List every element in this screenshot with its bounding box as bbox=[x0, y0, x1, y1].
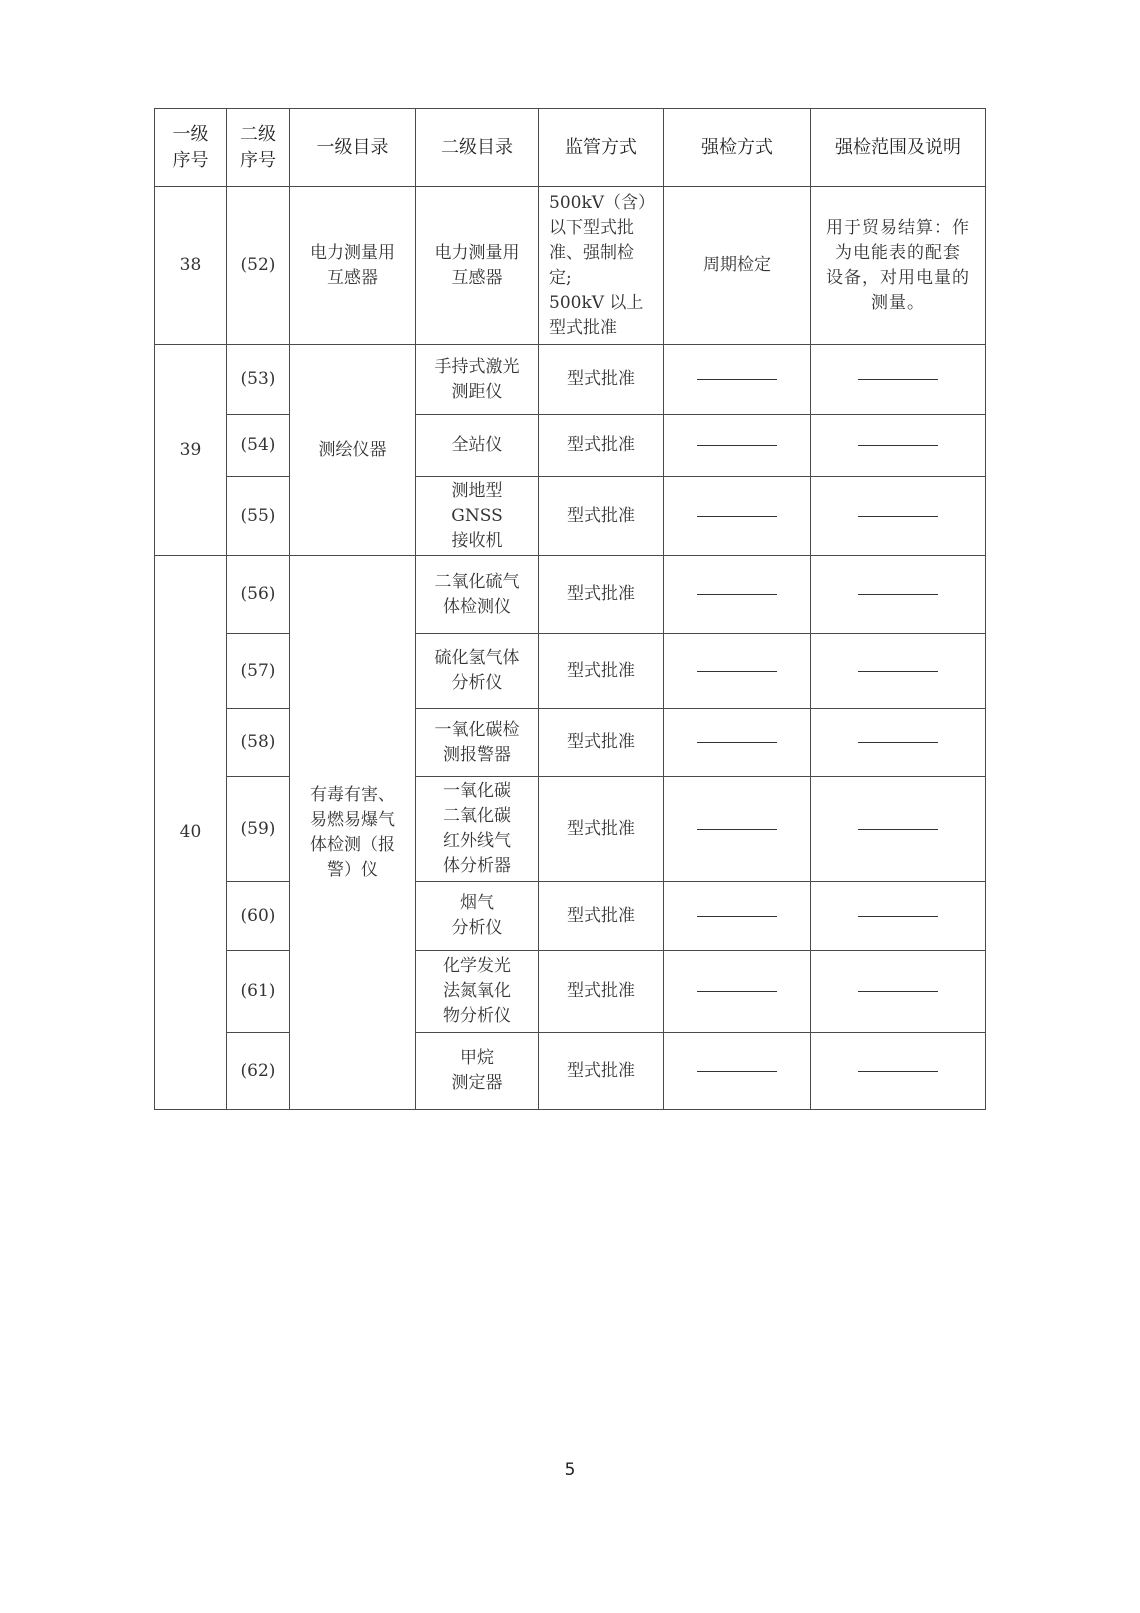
level1-no: 38 bbox=[155, 187, 227, 345]
table-row: (59) 一氧化碳 二氧化碳 红外线气 体分析器 型式批准 bbox=[155, 777, 986, 882]
scope-description: 用于贸易结算：作 为电能表的配套 设备，对用电量的 测量。 bbox=[811, 187, 986, 345]
dash-placeholder bbox=[858, 916, 938, 917]
inspection-method bbox=[664, 556, 811, 634]
table-row: (60) 烟气分析仪 型式批准 bbox=[155, 882, 986, 951]
level2-catalog: 一氧化碳检测报警器 bbox=[416, 709, 539, 777]
dash-placeholder bbox=[858, 991, 938, 992]
dash-placeholder bbox=[697, 594, 777, 595]
level2-no: (54) bbox=[227, 415, 290, 477]
supervision-method: 500kV（含） 以下型式批 准、强制检 定; 500kV 以上 型式批准 bbox=[539, 187, 664, 345]
page-number: 5 bbox=[0, 1460, 1140, 1480]
dash-placeholder bbox=[697, 379, 777, 380]
supervision-method: 型式批准 bbox=[539, 951, 664, 1033]
table-row: 40 (56) 有毒有害、 易燃易爆气 体检测（报 警）仪 二氧化硫气体检测仪 … bbox=[155, 556, 986, 634]
level2-catalog: 一氧化碳 二氧化碳 红外线气 体分析器 bbox=[416, 777, 539, 882]
scope-description bbox=[811, 345, 986, 415]
level1-no: 40 bbox=[155, 556, 227, 1110]
inspection-method bbox=[664, 882, 811, 951]
level2-no: (52) bbox=[227, 187, 290, 345]
header-supervision: 监管方式 bbox=[539, 109, 664, 187]
level2-catalog: 化学发光 法氮氧化 物分析仪 bbox=[416, 951, 539, 1033]
supervision-method: 型式批准 bbox=[539, 1033, 664, 1110]
level2-no: (53) bbox=[227, 345, 290, 415]
inspection-method bbox=[664, 709, 811, 777]
level2-catalog: 全站仪 bbox=[416, 415, 539, 477]
level2-catalog: 二氧化硫气体检测仪 bbox=[416, 556, 539, 634]
inspection-method bbox=[664, 477, 811, 556]
table-row: (62) 甲烷测定器 型式批准 bbox=[155, 1033, 986, 1110]
level2-catalog: 硫化氢气体分析仪 bbox=[416, 634, 539, 709]
level2-catalog: 烟气分析仪 bbox=[416, 882, 539, 951]
inspection-method bbox=[664, 634, 811, 709]
table-row: (58) 一氧化碳检测报警器 型式批准 bbox=[155, 709, 986, 777]
dash-placeholder bbox=[858, 594, 938, 595]
level1-no: 39 bbox=[155, 345, 227, 556]
dash-placeholder bbox=[858, 742, 938, 743]
dash-placeholder bbox=[858, 445, 938, 446]
scope-description bbox=[811, 634, 986, 709]
supervision-method: 型式批准 bbox=[539, 882, 664, 951]
level2-no: (56) bbox=[227, 556, 290, 634]
inspection-method bbox=[664, 951, 811, 1033]
header-level2-catalog: 二级目录 bbox=[416, 109, 539, 187]
supervision-method: 型式批准 bbox=[539, 777, 664, 882]
level1-catalog: 电力测量用互感器 bbox=[290, 187, 416, 345]
dash-placeholder bbox=[697, 742, 777, 743]
supervision-method: 型式批准 bbox=[539, 477, 664, 556]
measuring-instrument-catalog-table: 一级序号 二级序号 一级目录 二级目录 监管方式 强检方式 强检范围及说明 38… bbox=[154, 108, 986, 1110]
level2-catalog: 手持式激光测距仪 bbox=[416, 345, 539, 415]
table-row: (57) 硫化氢气体分析仪 型式批准 bbox=[155, 634, 986, 709]
document-page: 一级序号 二级序号 一级目录 二级目录 监管方式 强检方式 强检范围及说明 38… bbox=[0, 0, 1140, 1613]
level2-catalog: 甲烷测定器 bbox=[416, 1033, 539, 1110]
dash-placeholder bbox=[697, 671, 777, 672]
dash-placeholder bbox=[697, 829, 777, 830]
header-level2-no: 二级序号 bbox=[227, 109, 290, 187]
dash-placeholder bbox=[697, 916, 777, 917]
dash-placeholder bbox=[858, 516, 938, 517]
dash-placeholder bbox=[858, 671, 938, 672]
dash-placeholder bbox=[858, 379, 938, 380]
level2-no: (55) bbox=[227, 477, 290, 556]
inspection-method bbox=[664, 777, 811, 882]
level2-catalog: 电力测量用互感器 bbox=[416, 187, 539, 345]
dash-placeholder bbox=[697, 516, 777, 517]
supervision-method: 型式批准 bbox=[539, 556, 664, 634]
inspection-method bbox=[664, 415, 811, 477]
table-row: (61) 化学发光 法氮氧化 物分析仪 型式批准 bbox=[155, 951, 986, 1033]
table-row: (54) 全站仪 型式批准 bbox=[155, 415, 986, 477]
supervision-method: 型式批准 bbox=[539, 709, 664, 777]
inspection-method bbox=[664, 1033, 811, 1110]
level2-no: (60) bbox=[227, 882, 290, 951]
dash-placeholder bbox=[697, 1071, 777, 1072]
supervision-method: 型式批准 bbox=[539, 345, 664, 415]
inspection-method: 周期检定 bbox=[664, 187, 811, 345]
header-inspection-method: 强检方式 bbox=[664, 109, 811, 187]
scope-description bbox=[811, 709, 986, 777]
scope-description bbox=[811, 477, 986, 556]
level1-catalog: 有毒有害、 易燃易爆气 体检测（报 警）仪 bbox=[290, 556, 416, 1110]
dash-placeholder bbox=[697, 445, 777, 446]
scope-description bbox=[811, 882, 986, 951]
table-row: 39 (53) 测绘仪器 手持式激光测距仪 型式批准 bbox=[155, 345, 986, 415]
level2-no: (57) bbox=[227, 634, 290, 709]
inspection-method bbox=[664, 345, 811, 415]
header-scope: 强检范围及说明 bbox=[811, 109, 986, 187]
level2-no: (61) bbox=[227, 951, 290, 1033]
scope-description bbox=[811, 951, 986, 1033]
level2-no: (62) bbox=[227, 1033, 290, 1110]
table-row: 38 (52) 电力测量用互感器 电力测量用互感器 500kV（含） 以下型式批… bbox=[155, 187, 986, 345]
supervision-method: 型式批准 bbox=[539, 634, 664, 709]
header-row: 一级序号 二级序号 一级目录 二级目录 监管方式 强检方式 强检范围及说明 bbox=[155, 109, 986, 187]
dash-placeholder bbox=[858, 829, 938, 830]
scope-description bbox=[811, 556, 986, 634]
scope-description bbox=[811, 1033, 986, 1110]
table-row: (55) 测地型GNSS接收机 型式批准 bbox=[155, 477, 986, 556]
header-level1-catalog: 一级目录 bbox=[290, 109, 416, 187]
dash-placeholder bbox=[697, 991, 777, 992]
scope-description bbox=[811, 777, 986, 882]
supervision-method: 型式批准 bbox=[539, 415, 664, 477]
header-level1-no: 一级序号 bbox=[155, 109, 227, 187]
scope-description bbox=[811, 415, 986, 477]
level2-catalog: 测地型GNSS接收机 bbox=[416, 477, 539, 556]
dash-placeholder bbox=[858, 1071, 938, 1072]
level2-no: (59) bbox=[227, 777, 290, 882]
level1-catalog: 测绘仪器 bbox=[290, 345, 416, 556]
level2-no: (58) bbox=[227, 709, 290, 777]
